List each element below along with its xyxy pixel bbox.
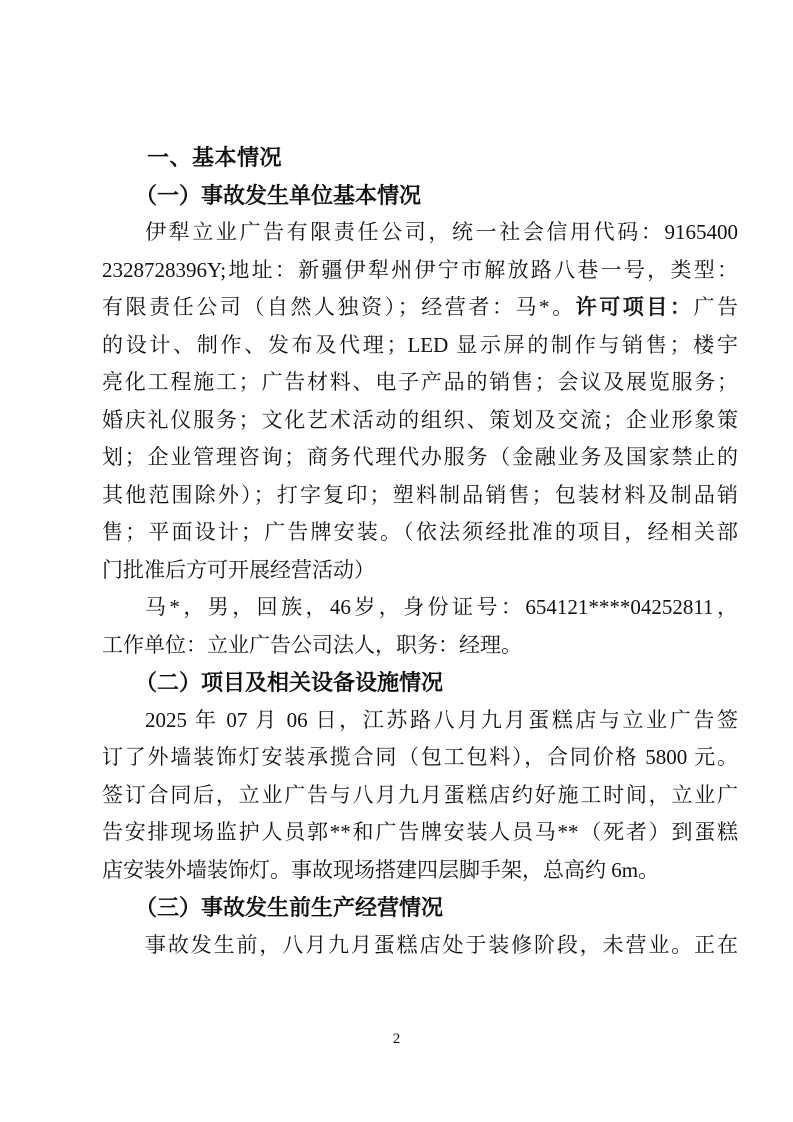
text-segment: 其他范围除外）；打字复印；塑料制品销售；包装材料及制品销 [102,483,738,507]
text-segment: （三）事故发生前生产经营情况 [135,895,443,920]
para-pre-accident-status: 事故发生前，八月九月蛋糕店处于装修阶段，未营业。正在 [102,927,738,965]
text-segment: 店安装外墙装饰灯。事故现场搭建四层脚手架，总高约 6m。 [102,858,659,882]
text-line: 伊犁立业广告有限责任公司，统一社会信用代码：9165400 [102,214,738,252]
text-line: 2328728396Y;地址：新疆伊犁州伊宁市解放路八巷一号，类型： [102,252,738,290]
text-segment: 有限责任公司（自然人独资）；经营者：马*。 [102,295,576,319]
text-line: 售；平面设计；广告牌安装。（依法须经批准的项目，经相关部 [102,514,738,552]
heading-pre-accident-operation: （三）事故发生前生产经营情况 [102,889,738,927]
text-line: 门批准后方可开展经营活动） [102,552,738,590]
text-segment: 划；企业管理咨询；商务代理代办服务（金融业务及国家禁止的 [102,445,738,469]
text-line: 签订合同后，立业广告与八月九月蛋糕店约好施工时间，立业广 [102,777,738,815]
text-line: 马*，男，回族，46岁，身份证号：654121****04252811， [102,589,738,627]
text-line: 婚庆礼仪服务；文化艺术活动的组织、策划及交流；企业形象策 [102,402,738,440]
text-line: 划；企业管理咨询；商务代理代办服务（金融业务及国家禁止的 [102,439,738,477]
text-segment: 马*，男，回族，46岁，身份证号：654121****04252811， [145,595,738,619]
para-company-info: 伊犁立业广告有限责任公司，统一社会信用代码：91654002328728396Y… [102,214,738,589]
text-segment: 告安排现场监护人员郭**和广告牌安装人员马**（死者）到蛋糕 [102,820,738,844]
text-segment: 亮化工程施工；广告材料、电子产品的销售；会议及展览服务； [102,370,738,394]
text-segment: 婚庆礼仪服务；文化艺术活动的组织、策划及交流；企业形象策 [102,408,738,432]
text-line: （一）事故发生单位基本情况 [102,177,738,215]
text-line: （二）项目及相关设备设施情况 [102,664,738,702]
para-operator-personal-info: 马*，男，回族，46岁，身份证号：654121****04252811，工作单位… [102,589,738,664]
document-page: 一、基本情况（一）事故发生单位基本情况伊犁立业广告有限责任公司，统一社会信用代码… [0,0,793,1122]
text-line: 2025 年 07 月 06 日，江苏路八月九月蛋糕店与立业广告签 [102,702,738,740]
text-line: 一、基本情况 [102,139,738,177]
text-segment: 门批准后方可开展经营活动） [102,558,375,582]
text-segment: 伊犁立业广告有限责任公司，统一社会信用代码：9165400 [145,220,738,244]
text-segment: 事故发生前，八月九月蛋糕店处于装修阶段，未营业。正在 [145,933,738,957]
page-number: 2 [0,1031,793,1048]
text-line: 工作单位：立业广告公司法人，职务：经理。 [102,627,738,665]
bold-text-segment: 许可项目： [576,295,694,319]
text-segment: （二）项目及相关设备设施情况 [135,670,443,695]
text-line: 订了外墙装饰灯安装承揽合同（包工包料），合同价格 5800 元。 [102,739,738,777]
text-segment: 广告 [693,295,738,319]
text-segment: 售；平面设计；广告牌安装。（依法须经批准的项目，经相关部 [102,520,738,544]
text-segment: 2025 年 07 月 06 日，江苏路八月九月蛋糕店与立业广告签 [145,708,738,732]
para-project-contract-info: 2025 年 07 月 06 日，江苏路八月九月蛋糕店与立业广告签订了外墙装饰灯… [102,702,738,890]
text-segment: 签订合同后，立业广告与八月九月蛋糕店约好施工时间，立业广 [102,783,738,807]
text-line: 告安排现场监护人员郭**和广告牌安装人员马**（死者）到蛋糕 [102,814,738,852]
text-segment: 订了外墙装饰灯安装承揽合同（包工包料），合同价格 5800 元。 [102,745,738,769]
text-segment: 的设计、制作、发布及代理；LED 显示屏的制作与销售；楼宇 [102,333,738,357]
text-line: 有限责任公司（自然人独资）；经营者：马*。许可项目：广告 [102,289,738,327]
text-line: 亮化工程施工；广告材料、电子产品的销售；会议及展览服务； [102,364,738,402]
heading-accident-unit-basic-info: （一）事故发生单位基本情况 [102,177,738,215]
text-segment: （一）事故发生单位基本情况 [135,183,421,208]
text-line: （三）事故发生前生产经营情况 [102,889,738,927]
text-line: 事故发生前，八月九月蛋糕店处于装修阶段，未营业。正在 [102,927,738,965]
text-segment: 2328728396Y;地址：新疆伊犁州伊宁市解放路八巷一号，类型： [102,258,738,282]
heading-project-equipment-info: （二）项目及相关设备设施情况 [102,664,738,702]
heading-basic-situation: 一、基本情况 [102,139,738,177]
text-segment: 一、基本情况 [147,145,282,170]
text-line: 店安装外墙装饰灯。事故现场搭建四层脚手架，总高约 6m。 [102,852,738,890]
text-line: 的设计、制作、发布及代理；LED 显示屏的制作与销售；楼宇 [102,327,738,365]
text-line: 其他范围除外）；打字复印；塑料制品销售；包装材料及制品销 [102,477,738,515]
document-content: 一、基本情况（一）事故发生单位基本情况伊犁立业广告有限责任公司，统一社会信用代码… [102,139,738,964]
text-segment: 工作单位：立业广告公司法人，职务：经理。 [102,633,522,657]
